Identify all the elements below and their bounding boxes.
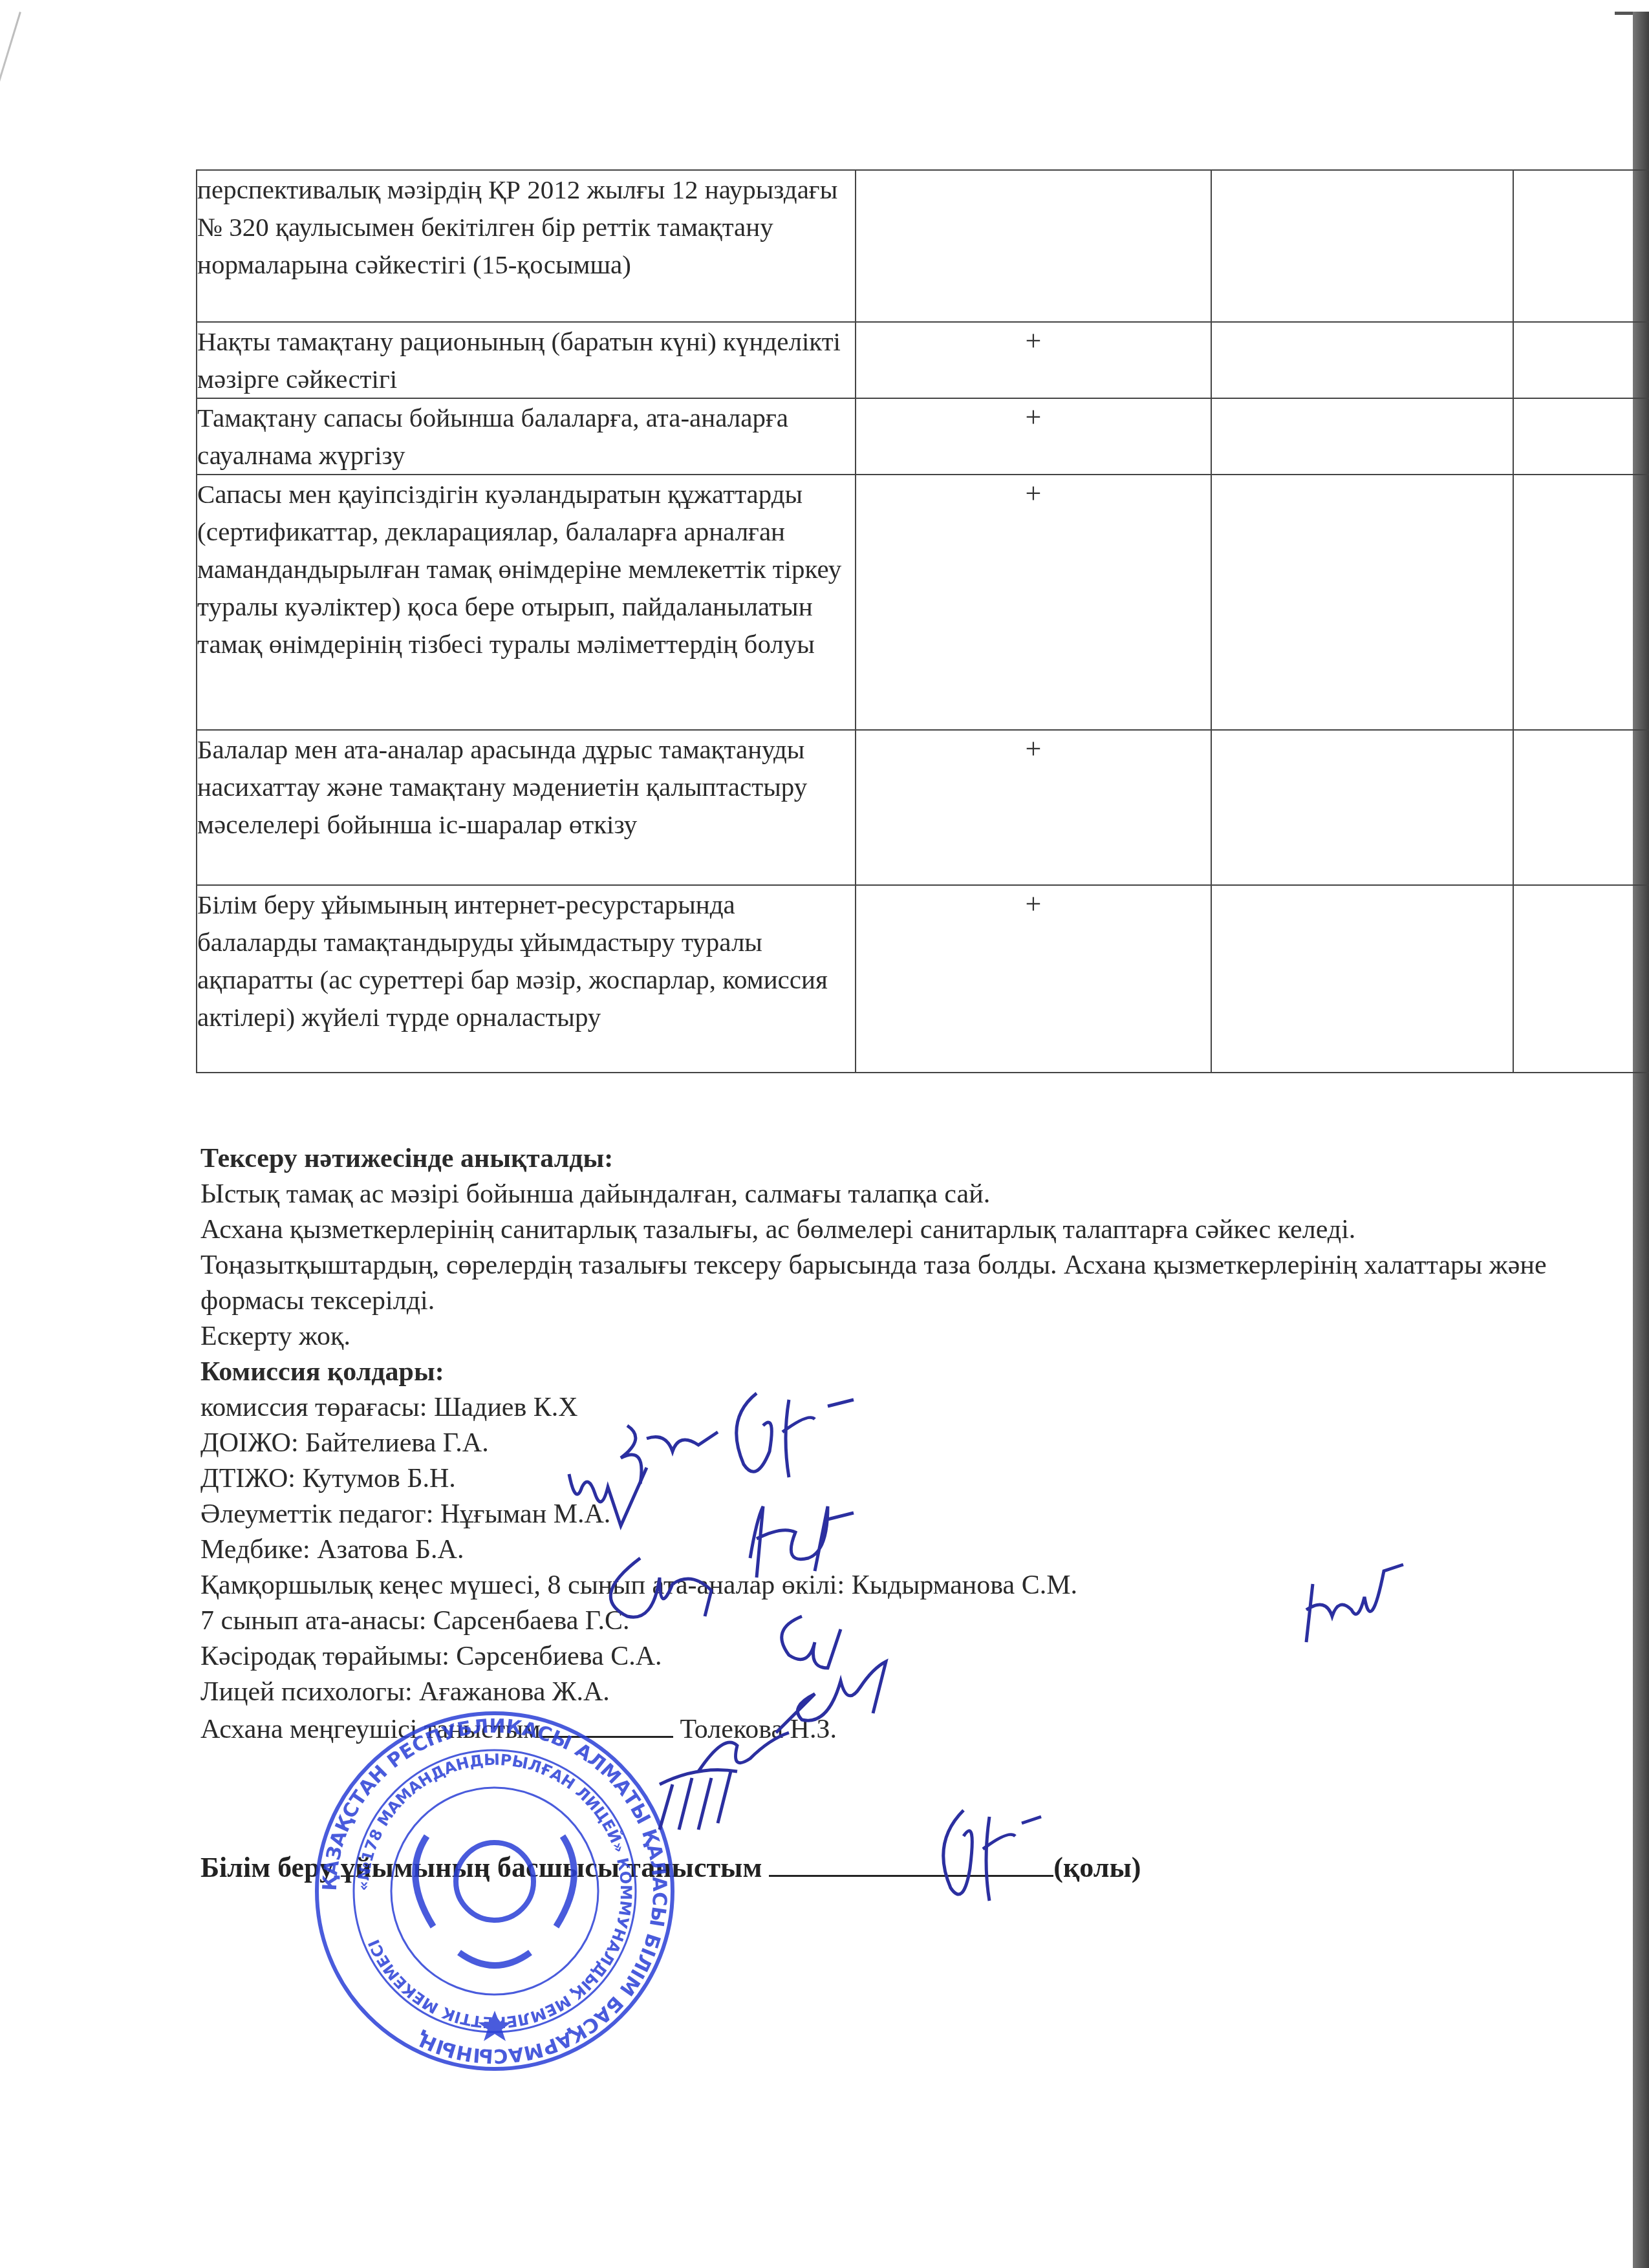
signature-nurse xyxy=(595,1552,737,1632)
table-row: Сапасы мен қауіпсіздігін куәландыратын қ… xyxy=(197,475,1649,730)
signature-trustee xyxy=(1293,1571,1423,1658)
commission-member: Медбике: Азатова Б.А. xyxy=(200,1532,1591,1568)
status-cell xyxy=(856,170,1211,322)
commission-member: комиссия төрағасы: Шадиев К.Х xyxy=(200,1390,1591,1426)
commission-member: ДТІЖО: Кутумов Б.Н. xyxy=(200,1461,1591,1497)
table-row: Тамақтану сапасы бойынша балаларға, ата-… xyxy=(197,398,1649,475)
status-cell: + xyxy=(856,885,1211,1073)
table-row: Балалар мен ата-аналар арасында дұрыс та… xyxy=(197,730,1649,885)
empty-cell xyxy=(1513,885,1649,1073)
checklist-table: перспективалық мәзірдің ҚР 2012 жылғы 12… xyxy=(196,169,1649,1073)
empty-cell xyxy=(1513,475,1649,730)
signature-head xyxy=(925,1804,1054,1910)
commission-member: ДОІЖО: Байтелиева Г.А. xyxy=(200,1426,1591,1461)
empty-cell xyxy=(1211,398,1513,475)
empty-cell xyxy=(1513,170,1649,322)
criterion-cell: Білім беру ұйымының интернет-ресурстарын… xyxy=(197,885,856,1073)
empty-cell xyxy=(1211,730,1513,885)
empty-cell xyxy=(1211,475,1513,730)
status-cell: + xyxy=(856,730,1211,885)
status-cell: + xyxy=(856,475,1211,730)
empty-cell xyxy=(1211,885,1513,1073)
signature-kitchen-head xyxy=(647,1759,789,1839)
findings-line: Ыстық тамақ ас мәзірі бойынша дайындалға… xyxy=(200,1177,1591,1212)
commission-member: Әлеуметтік педагог: Нұғыман М.А. xyxy=(200,1497,1591,1532)
empty-cell xyxy=(1211,170,1513,322)
signature-dtizho xyxy=(563,1461,679,1542)
table-row: Нақты тамақтану рационының (баратын күні… xyxy=(197,322,1649,398)
svg-text:«№178 МАМАНДАНДЫРЫЛҒАН ЛИЦЕЙ»: «№178 МАМАНДАНДЫРЫЛҒАН ЛИЦЕЙ» КОММУНАЛДЫ… xyxy=(354,1751,635,2031)
criterion-cell: Сапасы мен қауіпсіздігін куәландыратын қ… xyxy=(197,475,856,730)
head-sign-suffix: (қолы) xyxy=(1053,1852,1141,1883)
empty-cell xyxy=(1211,322,1513,398)
findings-line: Ескерту жоқ. xyxy=(200,1319,1591,1354)
criterion-cell: Балалар мен ата-аналар арасында дұрыс та… xyxy=(197,730,856,885)
signature-chairman xyxy=(718,1380,860,1493)
empty-cell xyxy=(1513,730,1649,885)
table-row: перспективалық мәзірдің ҚР 2012 жылғы 12… xyxy=(197,170,1649,322)
commission-heading: Комиссия қолдары: xyxy=(200,1354,1591,1390)
official-stamp: ҚАЗАҚСТАН РЕСПУБЛИКАСЫ АЛМАТЫ ҚАЛАСЫ БІЛ… xyxy=(310,1707,679,2075)
criterion-cell: Нақты тамақтану рационының (баратын күні… xyxy=(197,322,856,398)
status-cell: + xyxy=(856,322,1211,398)
findings-line: Асхана қызметкерлерінің санитарлық тазал… xyxy=(200,1212,1591,1319)
signature-social-pedagogue xyxy=(737,1493,867,1594)
scan-artifact-line xyxy=(0,12,21,383)
empty-cell xyxy=(1513,322,1649,398)
status-cell: + xyxy=(856,398,1211,475)
criterion-cell: перспективалық мәзірдің ҚР 2012 жылғы 12… xyxy=(197,170,856,322)
table-row: Білім беру ұйымының интернет-ресурстарын… xyxy=(197,885,1649,1073)
empty-cell xyxy=(1513,398,1649,475)
criterion-cell: Тамақтану сапасы бойынша балаларға, ата-… xyxy=(197,398,856,475)
findings-heading: Тексеру нәтижесінде анықталды: xyxy=(200,1141,1591,1177)
